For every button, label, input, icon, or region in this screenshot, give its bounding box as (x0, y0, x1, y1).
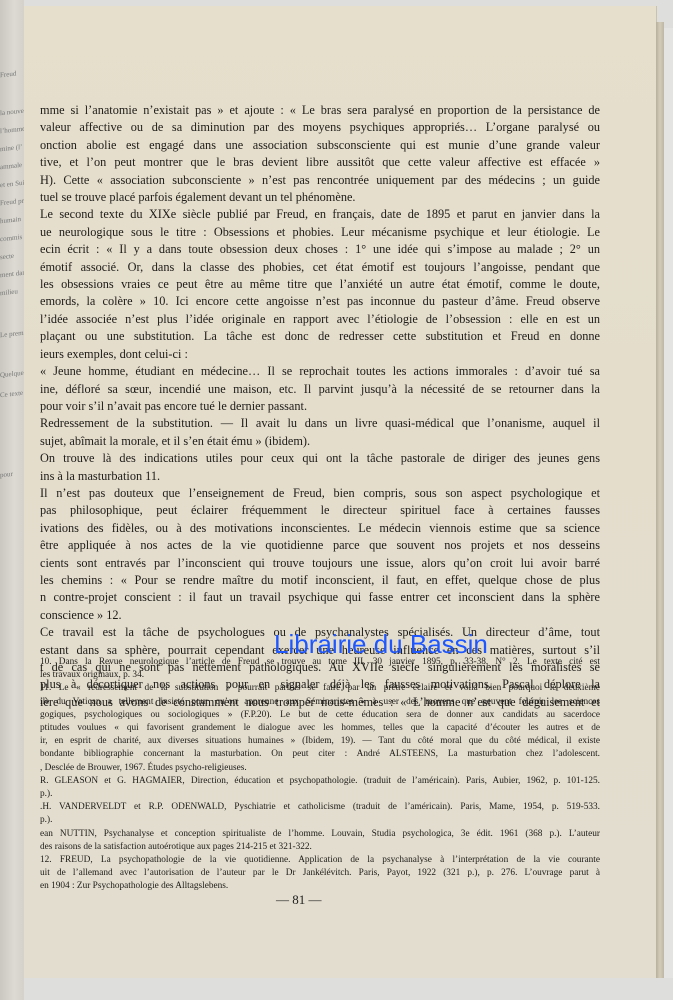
text-line: n contre-projet conscient : il faut un t… (40, 589, 600, 606)
footnote-line: ile du Vatican a tellement insisté pour … (40, 696, 600, 709)
background-edge (664, 28, 673, 978)
ghost-text: Freud (0, 69, 24, 80)
ghost-text: commis (0, 233, 24, 244)
page-stack-edge (656, 22, 664, 978)
footnote-line: R. GLEASON et G. HAGMAIER, Direction, éd… (40, 775, 600, 788)
ghost-text: ammale (0, 161, 24, 172)
text-line: ieurs exemples, dont celui-ci : (40, 346, 600, 363)
text-line: plaçant ou une substitution. La tâche es… (40, 328, 600, 345)
text-line: pas philosophique, peut éclairer fréquem… (40, 502, 600, 519)
adjacent-page-strip: Freud la nouveau l’homme mine (l’ ammale… (0, 0, 24, 1000)
ghost-text: la nouveau (0, 107, 24, 118)
text-line: emords, la colère » 10. Ici encore cette… (40, 293, 600, 310)
text-line: Le second texte du XIXe siècle publié pa… (40, 206, 600, 223)
text-line: pour voir s’il n’avait pas encore tué le… (40, 398, 600, 415)
text-line: On trouve là des indications utiles pour… (40, 450, 600, 467)
book-page: mme si l’anatomie n’existait pas » et aj… (24, 6, 656, 978)
text-line: Il n’est pas douteux que l’enseignement … (40, 485, 600, 502)
footnote-line: des raisons de la satisfaction autoéroti… (40, 841, 600, 854)
footnote-line: 11. Le « redressement de la substitution… (40, 682, 600, 695)
ghost-text: ment dans (0, 269, 24, 280)
footnote-line: .H. VANDERVELDT et R.P. ODENWALD, Pyschi… (40, 801, 600, 814)
text-line: conscience » 12. (40, 607, 600, 624)
footnote-line: ir, en esprit de charité, aux diverses s… (40, 735, 600, 748)
text-line: les chemins : « Pour se rendre maître du… (40, 572, 600, 589)
footnote-line: ean NUTTIN, Psychanalyse et conception s… (40, 828, 600, 841)
footnote-line: , Desclée de Brouwer, 1967. Études psych… (40, 762, 600, 775)
footnote-line: les travaux originaux, p. 34. (40, 669, 600, 682)
page-number: — 81 — (276, 892, 322, 908)
text-line: ine, défloré sa sœur, incendié une maiso… (40, 381, 600, 398)
ghost-text: Freud pr (0, 197, 24, 208)
text-line: « Jeune homme, étudiant en médecine… Il … (40, 363, 600, 380)
text-line: tive, et l’on peut montrer que le bras d… (40, 154, 600, 171)
text-line: les obsessions vraies ce peut être au mê… (40, 276, 600, 293)
ghost-text: Quelque (0, 369, 24, 380)
body-text: mme si l’anatomie n’existait pas » et aj… (40, 102, 600, 711)
text-line: H). Cette « association subconsciente » … (40, 172, 600, 189)
text-line: être appliquée à nos actes de la vie quo… (40, 537, 600, 554)
ghost-text: humain (0, 215, 24, 226)
ghost-text: Ce texte (0, 389, 24, 400)
text-line: cients sont entravés par l’inconscient q… (40, 555, 600, 572)
text-line: mme si l’anatomie n’existait pas » et aj… (40, 102, 600, 119)
text-line: ecin écrit : « Il y a dans toute obsessi… (40, 241, 600, 258)
watermark: Librairie du Bassin (274, 629, 488, 660)
text-line: ivations des fidèles, ou à des motivatio… (40, 520, 600, 537)
footnote-line: gogiques, psychologiques ou sociologique… (40, 709, 600, 722)
footnotes: 10. Dans la Revue neurologique l’article… (40, 656, 600, 894)
ghost-text: l’homme (0, 125, 24, 136)
text-line: ue neurologique sous le titre : Obsessio… (40, 224, 600, 241)
text-line: ins à la masturbation 11. (40, 468, 600, 485)
text-line: sujet, abîmait la morale, et il s’en éta… (40, 433, 600, 450)
footnote-line: ptitudes voulues « qui favorisent grande… (40, 722, 600, 735)
footnote-line: p.). (40, 788, 600, 801)
text-line: valeur affective ou de sa diminution par… (40, 119, 600, 136)
footnote-line: 12. FREUD, La psychopathologie de la vie… (40, 854, 600, 867)
ghost-text: secte (0, 251, 24, 262)
ghost-text: et en Suis (0, 179, 24, 190)
ghost-text: milieu (0, 287, 24, 298)
ghost-text: pour (0, 469, 24, 480)
text-line: onction abolie est engagé dans une assoc… (40, 137, 600, 154)
ghost-text: mine (l’ (0, 143, 24, 154)
ghost-text: Le prem (0, 329, 24, 340)
text-line: tuel se trouve placé parfois également d… (40, 189, 600, 206)
text-line: émotif associé. Or, dans la classe des p… (40, 259, 600, 276)
text-line: l’idée associée n’est plus l’idée origin… (40, 311, 600, 328)
footnote-line: bondante bibliographie concernant la mas… (40, 748, 600, 761)
text-line: Redressement de la substitution. — Il av… (40, 415, 600, 432)
footnote-line: uit de l’allemand avec l’autorisation de… (40, 867, 600, 880)
footnote-line: p.). (40, 814, 600, 827)
